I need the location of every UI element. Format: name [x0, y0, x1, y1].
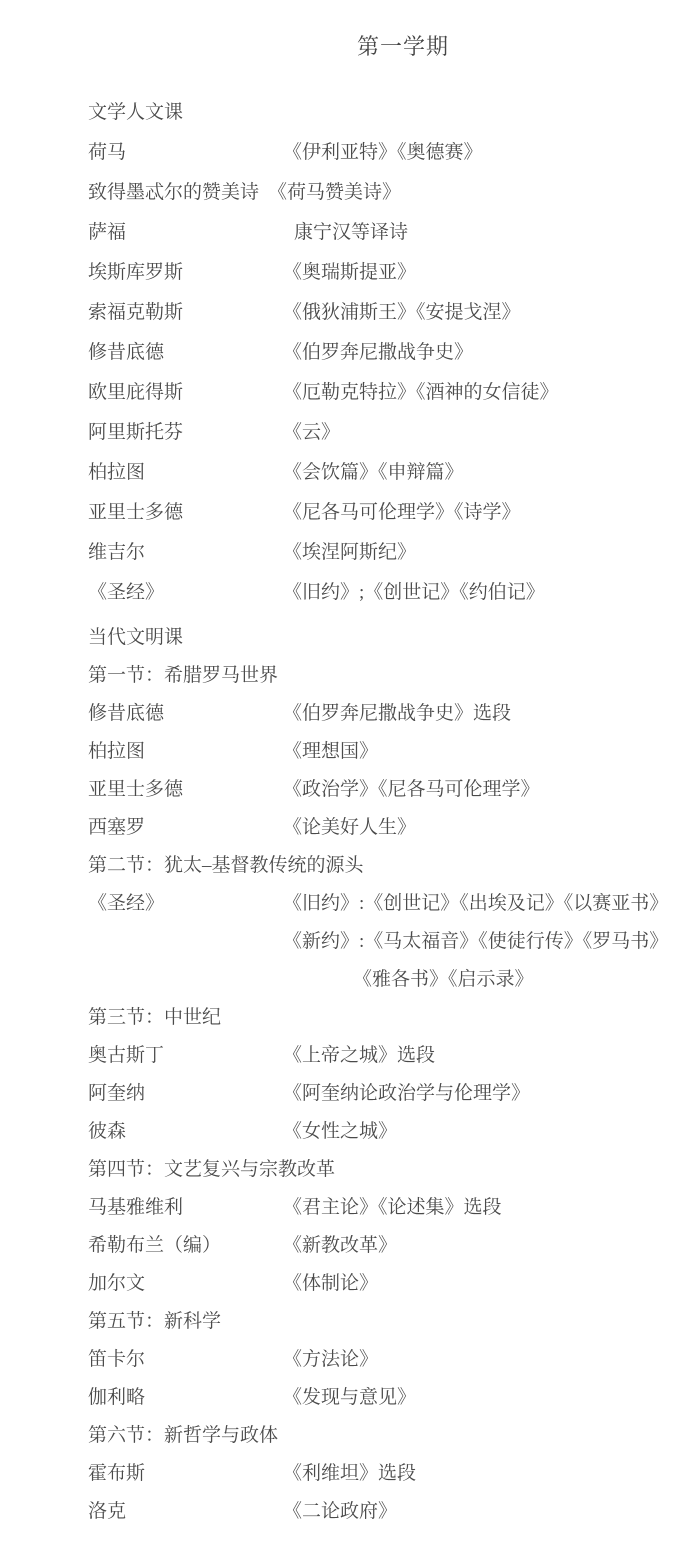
- author-name: 亚里士多德: [88, 780, 283, 800]
- author-name: 索福克勒斯: [88, 303, 283, 323]
- work-titles: 康宁汉等译诗: [283, 223, 408, 243]
- author-name: 修昔底德: [88, 343, 283, 363]
- author-name: 马基雅维利: [88, 1198, 283, 1218]
- author-name: 洛克: [88, 1502, 283, 1522]
- author-name: 霍布斯: [88, 1464, 283, 1484]
- reading-row: 阿奎纳《阿奎纳论政治学与伦理学》: [88, 1084, 700, 1104]
- reading-row: 加尔文《体制论》: [88, 1274, 700, 1294]
- author-name: 修昔底德: [88, 704, 283, 724]
- reading-row: 《圣经》《旧约》:《创世记》《出埃及记》《以赛亚书》: [88, 894, 700, 914]
- work-titles: 《荷马赞美诗》: [268, 183, 401, 203]
- work-titles: 《二论政府》: [283, 1502, 397, 1522]
- reading-list: 文学人文课荷马《伊利亚特》《奥德赛》致得墨忒尔的赞美诗《荷马赞美诗》萨福康宁汉等…: [88, 103, 700, 1540]
- document-page: 第一学期 文学人文课荷马《伊利亚特》《奥德赛》致得墨忒尔的赞美诗《荷马赞美诗》萨…: [0, 0, 700, 1567]
- author-name: 柏拉图: [88, 463, 283, 483]
- reading-row: 修昔底德《伯罗奔尼撒战争史》: [88, 343, 700, 363]
- work-titles: 《方法论》: [283, 1350, 378, 1370]
- work-titles: 《论美好人生》: [283, 818, 416, 838]
- course-section: 文学人文课荷马《伊利亚特》《奥德赛》致得墨忒尔的赞美诗《荷马赞美诗》萨福康宁汉等…: [88, 103, 700, 603]
- work-titles: 《君主论》《论述集》选段: [283, 1198, 502, 1218]
- reading-row: 柏拉图《会饮篇》《申辩篇》: [88, 463, 700, 483]
- reading-row: 霍布斯《利维坦》选段: [88, 1464, 700, 1484]
- work-titles: 《伊利亚特》《奥德赛》: [283, 143, 483, 163]
- work-titles: 《新教改革》: [283, 1236, 397, 1256]
- section-heading: 当代文明课: [88, 628, 700, 648]
- reading-row: 伽利略《发现与意见》: [88, 1388, 700, 1408]
- subsection-heading: 第三节：中世纪: [88, 1008, 700, 1028]
- subsection-heading: 第六节：新哲学与政体: [88, 1426, 700, 1446]
- reading-row: 亚里士多德《政治学》《尼各马可伦理学》: [88, 780, 700, 800]
- author-name: 萨福: [88, 223, 283, 243]
- work-titles: 《尼各马可伦理学》《诗学》: [283, 503, 521, 523]
- work-titles: 《奥瑞斯提亚》: [283, 263, 416, 283]
- reading-row: 索福克勒斯《俄狄浦斯王》《安提戈涅》: [88, 303, 700, 323]
- work-titles: 《会饮篇》《申辩篇》: [283, 463, 464, 483]
- author-name: 希勒布兰（编）: [88, 1236, 283, 1256]
- work-titles: 《俄狄浦斯王》《安提戈涅》: [283, 303, 521, 323]
- author-name: 伽利略: [88, 1388, 283, 1408]
- section-heading: 文学人文课: [88, 103, 700, 123]
- author-name: 埃斯库罗斯: [88, 263, 283, 283]
- reading-row: 萨福康宁汉等译诗: [88, 223, 700, 243]
- author-name: 荷马: [88, 143, 283, 163]
- work-titles: 《阿奎纳论政治学与伦理学》: [283, 1084, 530, 1104]
- work-titles: 《体制论》: [283, 1274, 378, 1294]
- work-titles: 《雅各书》《启示录》: [353, 970, 534, 990]
- author-name: 柏拉图: [88, 742, 283, 762]
- author-name: 西塞罗: [88, 818, 283, 838]
- work-titles: 《旧约》:《创世记》《出埃及记》《以赛亚书》: [283, 894, 668, 914]
- work-titles: 《厄勒克特拉》《酒神的女信徒》: [283, 383, 559, 403]
- work-titles: 《理想国》: [283, 742, 378, 762]
- work-titles: 《上帝之城》选段: [283, 1046, 435, 1066]
- subsection-heading: 第二节：犹太–基督教传统的源头: [88, 856, 700, 876]
- subsection-heading: 第一节：希腊罗马世界: [88, 666, 700, 686]
- author-name: 阿里斯托芬: [88, 423, 283, 443]
- page-title: 第一学期: [357, 30, 449, 61]
- author-name: 维吉尔: [88, 543, 283, 563]
- work-titles: 《新约》:《马太福音》《使徒行传》《罗马书》: [283, 932, 668, 952]
- work-titles: 《利维坦》选段: [283, 1464, 416, 1484]
- author-name: 《圣经》: [88, 583, 283, 603]
- reading-row: 奥古斯丁《上帝之城》选段: [88, 1046, 700, 1066]
- reading-row: 西塞罗《论美好人生》: [88, 818, 700, 838]
- works-continuation-row: 《雅各书》《启示录》: [88, 970, 700, 990]
- reading-row: 柏拉图《理想国》: [88, 742, 700, 762]
- reading-row: 亚里士多德《尼各马可伦理学》《诗学》: [88, 503, 700, 523]
- reading-row: 希勒布兰（编）《新教改革》: [88, 1236, 700, 1256]
- works-continuation-row: 《新约》:《马太福音》《使徒行传》《罗马书》: [88, 932, 700, 952]
- reading-row: 维吉尔《埃涅阿斯纪》: [88, 543, 700, 563]
- reading-row: 修昔底德《伯罗奔尼撒战争史》选段: [88, 704, 700, 724]
- author-name: 加尔文: [88, 1274, 283, 1294]
- author-name: 欧里庇得斯: [88, 383, 283, 403]
- reading-row: 欧里庇得斯《厄勒克特拉》《酒神的女信徒》: [88, 383, 700, 403]
- reading-row: 致得墨忒尔的赞美诗《荷马赞美诗》: [88, 183, 700, 203]
- reading-row: 《圣经》《旧约》;《创世记》《约伯记》: [88, 583, 700, 603]
- author-name: 亚里士多德: [88, 503, 283, 523]
- work-titles: 《伯罗奔尼撒战争史》: [283, 343, 473, 363]
- work-titles: 《政治学》《尼各马可伦理学》: [283, 780, 540, 800]
- work-titles: 《发现与意见》: [283, 1388, 416, 1408]
- reading-row: 马基雅维利《君主论》《论述集》选段: [88, 1198, 700, 1218]
- work-titles: 《云》: [283, 423, 340, 443]
- work-titles: 《女性之城》: [283, 1122, 397, 1142]
- reading-row: 阿里斯托芬《云》: [88, 423, 700, 443]
- reading-row: 洛克《二论政府》: [88, 1502, 700, 1522]
- reading-row: 笛卡尔《方法论》: [88, 1350, 700, 1370]
- work-titles: 《伯罗奔尼撒战争史》选段: [283, 704, 511, 724]
- author-name: 笛卡尔: [88, 1350, 283, 1370]
- author-name: 阿奎纳: [88, 1084, 283, 1104]
- author-name: 致得墨忒尔的赞美诗: [88, 183, 259, 203]
- author-name: 《圣经》: [88, 894, 283, 914]
- subsection-heading: 第四节：文艺复兴与宗教改革: [88, 1160, 700, 1180]
- reading-row: 埃斯库罗斯《奥瑞斯提亚》: [88, 263, 700, 283]
- author-name: 彼森: [88, 1122, 283, 1142]
- work-titles: 《旧约》;《创世记》《约伯记》: [283, 583, 545, 603]
- work-titles: 《埃涅阿斯纪》: [283, 543, 416, 563]
- course-section: 当代文明课第一节：希腊罗马世界修昔底德《伯罗奔尼撒战争史》选段柏拉图《理想国》亚…: [88, 628, 700, 1522]
- reading-row: 荷马《伊利亚特》《奥德赛》: [88, 143, 700, 163]
- subsection-heading: 第五节：新科学: [88, 1312, 700, 1332]
- author-name: 奥古斯丁: [88, 1046, 283, 1066]
- reading-row: 彼森《女性之城》: [88, 1122, 700, 1142]
